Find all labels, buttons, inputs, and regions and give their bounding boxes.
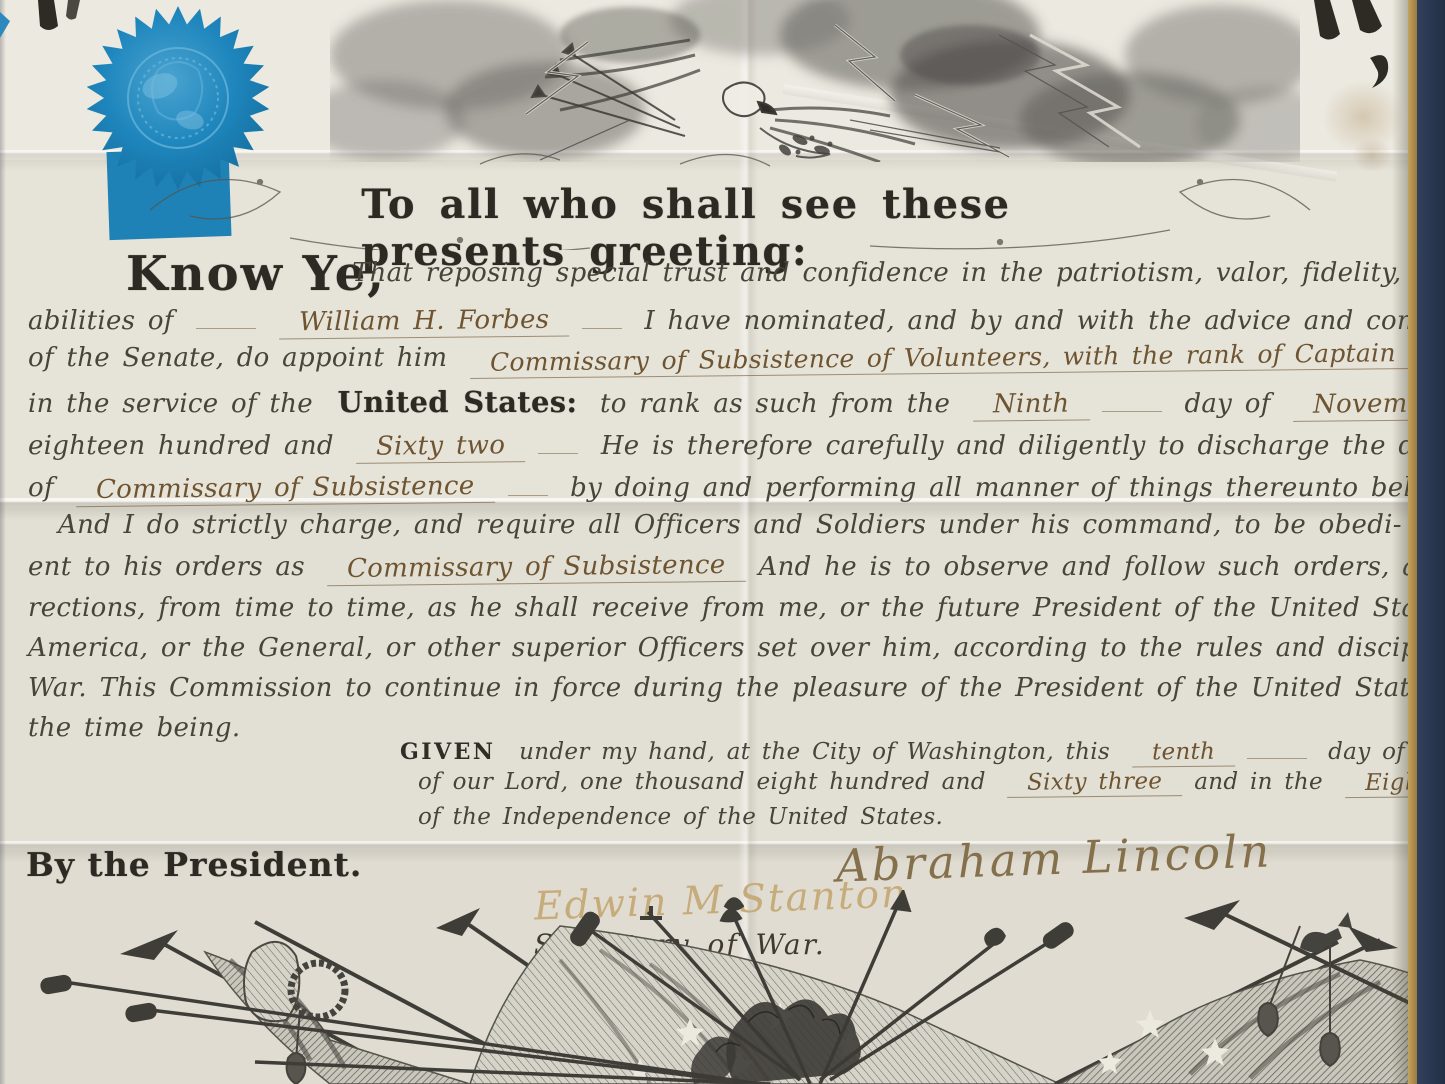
body-line-11: War. This Commission to continue in forc…: [28, 673, 1445, 703]
text-segment: and in the: [1194, 769, 1323, 795]
body-line-8: ent to his orders as Commissary of Subsi…: [28, 552, 1445, 584]
fillin-given-day: tenth: [1132, 739, 1236, 768]
body-line-6: of Commissary of Subsistence by doing an…: [28, 468, 1445, 505]
fillin-appointment: Commissary of Subsistence of Volunteers,…: [470, 338, 1416, 379]
text-segment: the time being.: [28, 713, 240, 743]
salutation: Know Ye,: [126, 246, 386, 302]
text-segment: ent to his orders as: [28, 552, 305, 582]
text-segment: day of: [1184, 389, 1270, 419]
body-line-3: of the Senate, do appoint him Commissary…: [28, 343, 1416, 374]
left-edge-shadow: [0, 0, 6, 1084]
blank-rule: [1247, 734, 1307, 759]
text-segment: And I do strictly charge, and require al…: [58, 510, 1402, 540]
fillin-rank-day: Ninth: [973, 389, 1090, 422]
united-states-heading: United States:: [338, 385, 578, 419]
text-segment: I have nominated, and by and with the ad…: [644, 306, 1445, 336]
blank-rule: [582, 301, 622, 329]
text-segment: War. This Commission to continue in forc…: [28, 673, 1445, 703]
text-segment: of our Lord, one thousand eight hundred …: [418, 769, 986, 795]
foxing-stain: [1352, 138, 1392, 172]
text-segment: of: [28, 473, 54, 503]
fillin-appointee-name: William H. Forbes: [279, 305, 570, 340]
eagle-storm-engraving: [330, 0, 1300, 162]
body-line-10: America, or the General, or other superi…: [28, 633, 1445, 663]
blank-rule: [508, 468, 548, 496]
text-segment: under my hand, at the City of Washington…: [519, 739, 1110, 765]
text-segment: And he is to observe and follow such ord…: [759, 552, 1445, 582]
text-segment: rections, from time to time, as he shall…: [28, 593, 1445, 623]
text-segment: by doing and performing all manner of th…: [570, 473, 1445, 503]
body-line-7: And I do strictly charge, and require al…: [58, 510, 1412, 540]
flags-and-arms-trophy-engraving: [0, 890, 1445, 1084]
text-segment: eighteen hundred and: [28, 431, 334, 461]
given-line-3: of the Independence of the United States…: [418, 804, 953, 830]
body-line-2: abilities of William H. Forbes I have no…: [28, 301, 1445, 338]
body-line-4: in the service of the United States: to …: [28, 384, 1445, 421]
body-line-12: the time being.: [28, 713, 250, 743]
fillin-rank-year: Sixty two: [356, 430, 526, 464]
given-word: GIVEN: [400, 739, 496, 765]
text-segment: of the Senate, do appoint him: [28, 343, 447, 373]
body-line-5: eighteen hundred and Sixty two He is the…: [28, 426, 1445, 463]
framed-commission-document: To all who shall see these presents gree…: [0, 0, 1445, 1084]
body-line-9: rections, from time to time, as he shall…: [28, 593, 1445, 623]
text-segment: That reposing special trust and confiden…: [352, 258, 1445, 288]
text-segment: in the service of the: [28, 389, 313, 419]
blank-rule: [538, 426, 578, 454]
fillin-orders-office: Commissary of Subsistence: [327, 550, 746, 586]
text-segment: abilities of: [28, 306, 174, 336]
body-line-1: That reposing special trust and confiden…: [352, 258, 1445, 288]
fillin-duty-office: Commissary of Subsistence: [76, 471, 495, 507]
blank-rule: [196, 301, 256, 329]
frame-gilt-fillet: [1408, 0, 1417, 1084]
text-segment: America, or the General, or other superi…: [28, 633, 1445, 663]
frame-navy-mat: [1417, 0, 1445, 1084]
text-segment: of the Independence of the United States…: [418, 804, 943, 830]
text-segment: He is therefore carefully and diligently…: [601, 431, 1445, 461]
text-segment: to rank as such from the: [600, 389, 950, 419]
frame-shadow: [1392, 0, 1408, 1084]
given-line-2: of our Lord, one thousand eight hundred …: [418, 769, 1445, 797]
given-line-1: GIVEN under my hand, at the City of Wash…: [400, 734, 1445, 767]
by-the-president-heading: By the President.: [26, 845, 362, 884]
blank-rule: [1102, 384, 1162, 412]
fillin-given-year: Sixty three: [1007, 768, 1183, 798]
